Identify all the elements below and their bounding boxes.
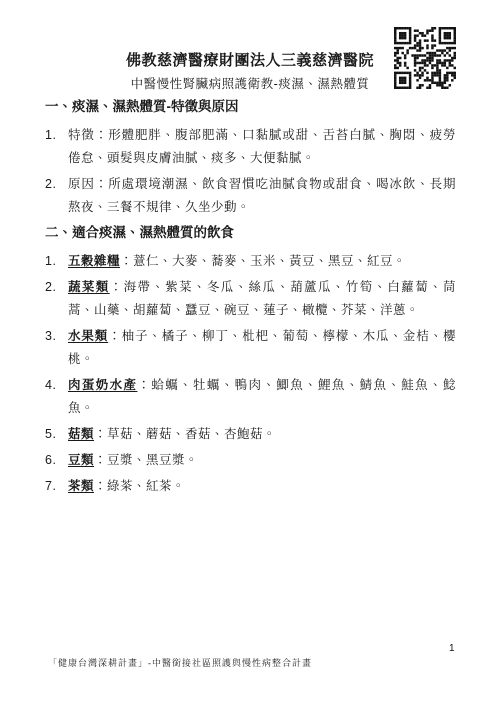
item-text: 草菇、蘑菇、香菇、杏鮑菇。: [107, 427, 276, 441]
label-separator: ：: [120, 254, 133, 268]
label-separator: ：: [94, 479, 107, 493]
list-item: 6.豆類：豆漿、黑豆漿。: [45, 449, 456, 472]
label-separator: ：: [95, 128, 108, 142]
characteristics-list: 1.特徵：形體肥胖、腹部肥滿、口黏膩或甜、舌苔白膩、胸悶、疲勞倦怠、頭髮與皮膚油…: [45, 124, 456, 219]
item-text: 柚子、橘子、柳丁、枇杷、葡萄、檸檬、木瓜、金桔、櫻桃。: [68, 329, 456, 366]
list-item: 4.肉蛋奶水產：蛤蠣、牡蠣、鴨肉、鯽魚、鯉魚、鯖魚、鮭魚、鯰魚。: [45, 374, 456, 420]
food-category-label: 蔬菜類: [68, 280, 110, 294]
food-category-label: 肉蛋奶水產: [68, 378, 137, 392]
item-text: 薏仁、大麥、蕎麥、玉米、黃豆、黑豆、紅豆。: [133, 254, 406, 268]
item-number: 1.: [45, 250, 56, 273]
food-category-label: 菇類: [68, 427, 94, 441]
item-text: 海帶、紫菜、冬瓜、絲瓜、葫蘆瓜、竹筍、白蘿蔔、茼蒿、山藥、胡蘿蔔、蠶豆、碗豆、蓮…: [68, 280, 456, 317]
item-number: 1.: [45, 124, 56, 147]
food-category-label: 五穀雜糧: [68, 254, 120, 268]
item-number: 4.: [45, 374, 56, 397]
diet-list: 1.五穀雜糧：薏仁、大麥、蕎麥、玉米、黃豆、黑豆、紅豆。 2.蔬菜類：海帶、紫菜…: [45, 250, 456, 498]
list-item: 1.五穀雜糧：薏仁、大麥、蕎麥、玉米、黃豆、黑豆、紅豆。: [45, 250, 456, 273]
food-category-label: 水果類: [68, 329, 108, 343]
item-number: 2.: [45, 276, 56, 299]
item-number: 3.: [45, 325, 56, 348]
page-number: 1: [449, 643, 455, 654]
item-number: 2.: [45, 173, 56, 196]
footer-project-note: 「健康台灣深耕計畫」-中醫銜接社區照護與慢性病整合計畫: [48, 656, 312, 669]
document-title: 佛教慈濟醫療財團法人三義慈濟醫院: [0, 49, 500, 70]
document-subtitle: 中醫慢性腎臟病照護衛教-痰濕、濕熱體質: [0, 74, 500, 92]
list-item: 1.特徵：形體肥胖、腹部肥滿、口黏膩或甜、舌苔白膩、胸悶、疲勞倦怠、頭髮與皮膚油…: [45, 124, 456, 170]
list-item: 3.水果類：柚子、橘子、柳丁、枇杷、葡萄、檸檬、木瓜、金桔、櫻桃。: [45, 325, 456, 371]
item-number: 6.: [45, 449, 56, 472]
list-item: 2.原因：所處環境潮濕、飲食習慣吃油膩食物或甜食、喝冰飲、長期熬夜、三餐不規律、…: [45, 173, 456, 219]
label-separator: ：: [94, 427, 107, 441]
food-category-label: 茶類: [68, 479, 94, 493]
label-separator: ：: [108, 329, 121, 343]
document-body: 一、痰濕、濕熱體質-特徵與原因 1.特徵：形體肥胖、腹部肥滿、口黏膩或甜、舌苔白…: [45, 99, 456, 501]
item-number: 7.: [45, 475, 56, 498]
item-text: 所處環境潮濕、飲食習慣吃油膩食物或甜食、喝冰飲、長期熬夜、三餐不規律、久坐少動。: [68, 177, 456, 214]
item-text: 綠茶、紅茶。: [107, 479, 185, 493]
item-text: 豆漿、黑豆漿。: [107, 453, 198, 467]
list-item: 5.菇類：草菇、蘑菇、香菇、杏鮑菇。: [45, 423, 456, 446]
label-separator: ：: [110, 280, 124, 294]
label-separator: ：: [137, 378, 151, 392]
food-category-label: 豆類: [68, 453, 94, 467]
item-label: 特徵: [68, 128, 95, 142]
item-number: 5.: [45, 423, 56, 446]
item-label: 原因: [68, 177, 95, 191]
item-text: 形體肥胖、腹部肥滿、口黏膩或甜、舌苔白膩、胸悶、疲勞倦怠、頭髮與皮膚油膩、痰多、…: [68, 128, 456, 165]
list-item: 7.茶類：綠茶、紅茶。: [45, 475, 456, 498]
label-separator: ：: [95, 177, 108, 191]
document-page: 佛教慈濟醫療財團法人三義慈濟醫院 中醫慢性腎臟病照護衛教-痰濕、濕熱體質 一、痰…: [0, 0, 500, 707]
list-item: 2.蔬菜類：海帶、紫菜、冬瓜、絲瓜、葫蘆瓜、竹筍、白蘿蔔、茼蒿、山藥、胡蘿蔔、蠶…: [45, 276, 456, 322]
section-heading-characteristics: 一、痰濕、濕熱體質-特徵與原因: [45, 99, 456, 115]
label-separator: ：: [94, 453, 107, 467]
section-heading-diet: 二、適合痰濕、濕熱體質的飲食: [45, 225, 456, 241]
